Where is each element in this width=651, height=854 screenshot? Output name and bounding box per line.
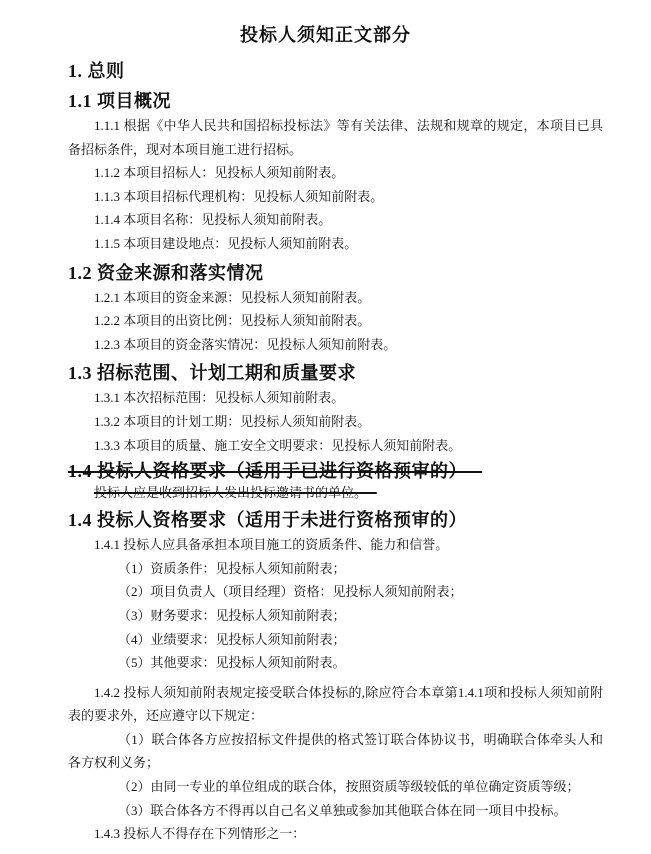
- doc-title: 投标人须知正文部分: [0, 22, 651, 48]
- para-1-1-3: 1.1.3 本项目招标代理机构：见投标人须知前附表。: [68, 185, 603, 209]
- heading-qualification-not-prequalified: 1.4 投标人资格要求（适用于未进行资格预审的）: [68, 507, 603, 533]
- para-1-2-2: 1.2.2 本项目的出资比例：见投标人须知前附表。: [68, 309, 603, 333]
- document-page: 投标人须知正文部分 1. 总则 1.1 项目概况 1.1.1 根据《中华人民共和…: [0, 0, 651, 854]
- para-invitation-struck: 投标人应是收到招标人发出投标邀请书的单位。: [94, 485, 377, 500]
- para-1-3-3: 1.3.3 本项目的质量、施工安全文明要求：见投标人须知前附表。: [68, 434, 603, 458]
- heading-qualification-prequalified-struck: 1.4 投标人资格要求（适用于已进行资格预审的）: [68, 459, 603, 483]
- list-item-financial: （3）财务要求：见投标人须知前附表；: [68, 604, 603, 628]
- para-1-4-2: 1.4.2 投标人须知前附表规定接受联合体投标的,除应符合本章第1.4.1项和投…: [68, 681, 603, 728]
- para-1-1-1: 1.1.1 根据《中华人民共和国招标投标法》等有关法律、法规和规章的规定，本项目…: [68, 114, 603, 161]
- para-1-1-4: 1.1.4 本项目名称：见投标人须知前附表。: [68, 208, 603, 232]
- list-item-performance: （4）业绩要求：见投标人须知前附表；: [68, 628, 603, 652]
- para-1-3-1: 1.3.1 本次招标范围：见投标人须知前附表。: [68, 386, 603, 410]
- para-1-4-3: 1.4.3 投标人不得存在下列情形之一：: [68, 822, 603, 846]
- heading-general-rules: 1. 总则: [68, 58, 603, 84]
- para-1-3-2: 1.3.2 本项目的计划工期：见投标人须知前附表。: [68, 410, 603, 434]
- list-item-qualification: （1）资质条件：见投标人须知前附表；: [68, 557, 603, 581]
- list-item-consortium-grade: （2）由同一专业的单位组成的联合体，按照资质等级较低的单位确定资质等级；: [68, 775, 603, 799]
- para-1-2-3: 1.2.3 本项目的资金落实情况：见投标人须知前附表。: [68, 333, 603, 357]
- list-item-other: （5）其他要求：见投标人须知前附表。: [68, 651, 603, 675]
- list-item-consortium-restriction: （3）联合体各方不得再以自己名义单独或参加其他联合体在同一项目中投标。: [68, 799, 603, 823]
- heading-scope-schedule-quality: 1.3 招标范围、计划工期和质量要求: [68, 360, 603, 386]
- list-item-consortium-agreement: （1）联合体各方应按招标文件提供的格式签订联合体协议书，明确联合体牵头人和各方权…: [68, 728, 603, 775]
- heading-funding-source: 1.2 资金来源和落实情况: [68, 260, 603, 286]
- list-item-project-manager: （2）项目负责人（项目经理）资格：见投标人须知前附表；: [68, 580, 603, 604]
- para-1-4-1: 1.4.1 投标人应具备承担本项目施工的资质条件、能力和信誉。: [68, 533, 603, 557]
- heading-project-overview: 1.1 项目概况: [68, 88, 603, 114]
- para-1-2-1: 1.2.1 本项目的资金来源：见投标人须知前附表。: [68, 286, 603, 310]
- para-1-1-2: 1.1.2 本项目招标人：见投标人须知前附表。: [68, 161, 603, 185]
- para-1-1-5: 1.1.5 本项目建设地点：见投标人须知前附表。: [68, 232, 603, 256]
